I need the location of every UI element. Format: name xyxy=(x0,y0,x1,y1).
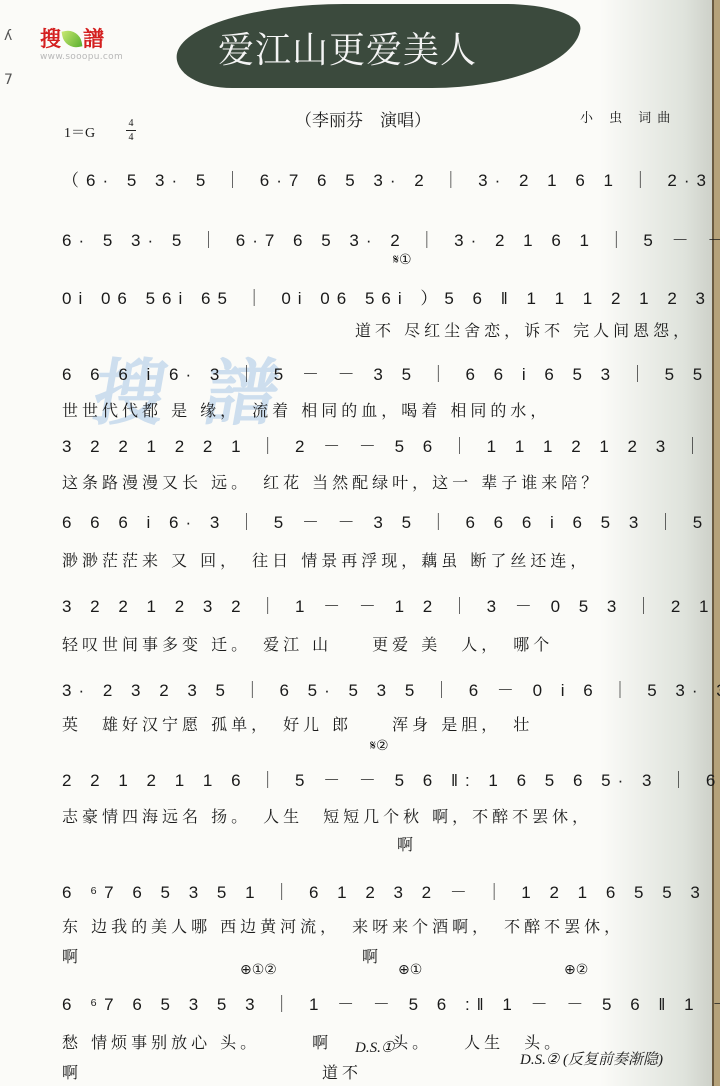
logo-char-pu: 譜 xyxy=(83,28,104,50)
lyrics-row-8: 英 雄好汉宁愿 孤单， 好儿 郎 浑身 是胆， 壮 xyxy=(62,712,533,735)
score-row-5: 3 2 2 1 2 2 1 ｜ 2 － － 5 6 ｜ 1 1 1 2 1 2 … xyxy=(62,432,690,457)
lyrics-row-9-alt: 啊 xyxy=(397,832,417,855)
site-logo[interactable]: 搜 譜 www.sooopu.com xyxy=(40,28,120,62)
lyrics-row-10: 东 边我的美人哪 西边黄河流， 来呀来个酒啊， 不醉不罢休， xyxy=(62,914,624,937)
book-binding xyxy=(714,0,720,1086)
score-row-3: 0i 06 56i 65 ｜ 0i 06 56i ）5 6 ‖ 1 1 1 2 … xyxy=(62,284,690,309)
lyrics-row-11-alt: 啊 道不 xyxy=(62,1060,362,1083)
logo-char-sou: 搜 xyxy=(40,28,61,50)
singer-credit: （李丽芬 演唱） xyxy=(295,106,431,131)
score-row-1: （6· 5 3· 5 ｜ 6·7 6 5 3· 2 ｜ 3· 2 1 6 1 ｜… xyxy=(62,166,690,191)
ds-1-instruction: D.S.① xyxy=(355,1038,394,1057)
score-row-2: 6· 5 3· 5 ｜ 6·7 6 5 3· 2 ｜ 3· 2 1 6 1 ｜ … xyxy=(62,226,690,251)
segno-1-marker: 𝄋① xyxy=(393,252,412,268)
score-row-11: 6 ⁶7 6 5 3 5 3 ｜ 1 － － 5 6 :‖ 1 － － 5 6 … xyxy=(62,990,690,1015)
lyrics-row-6: 渺渺茫茫来 又 回， 往日 情景再浮现，藕虽 断了丝还连， xyxy=(62,548,590,571)
score-row-9: 2 2 1 2 1 1 6 ｜ 5 － － 5 6 ‖: 1 6 5 6 5· … xyxy=(62,766,690,791)
ds-2-instruction: D.S.② (反复前奏渐隐) xyxy=(520,1048,663,1069)
lyrics-row-4: 世世代代都 是 缘， 流着 相同的血，喝着 相同的水， xyxy=(62,398,550,421)
margin-mark: ʎ xyxy=(4,28,12,44)
segno-2-marker: 𝄋② xyxy=(370,738,389,754)
leaf-icon xyxy=(62,29,83,50)
book-binding-line xyxy=(712,0,714,1086)
time-sig-top: 4 xyxy=(126,118,136,129)
coda-marker-1: ⊕① xyxy=(398,962,422,978)
coda-marker-2: ⊕② xyxy=(564,962,588,978)
time-signature: 4 4 xyxy=(126,118,136,143)
coda-marker-12: ⊕①② xyxy=(240,962,277,978)
lyrics-row-9: 志豪情四海远名 扬。 人生 短短几个秋 啊，不醉不罢休， xyxy=(62,804,592,827)
lyrics-row-7: 轻叹世间事多变 迁。 爱江 山 更爱 美 人， 哪个 xyxy=(62,632,553,655)
score-row-7: 3 2 2 1 2 3 2 ｜ 1 － － 1 2 ｜ 3 － 0 5 3 ｜ … xyxy=(62,592,690,617)
composer-credit: 小 虫 词曲 xyxy=(580,107,676,126)
lyrics-row-3: 道不 尽红尘舍恋，诉不 完人间恩怨， xyxy=(355,318,693,341)
key-signature: 1＝G xyxy=(64,122,95,142)
score-row-10: 6 ⁶7 6 5 3 5 1 ｜ 6 1 2 3 2 － ｜ 1 2 1 6 5… xyxy=(62,878,690,903)
logo-url: www.sooopu.com xyxy=(40,52,120,62)
lyrics-row-11: 愁 情烦事别放心 头。 啊 头。 人生 头。 xyxy=(62,1030,564,1053)
watermark: 搜譜 xyxy=(86,335,328,439)
lyrics-row-10-alt: 啊 啊 xyxy=(62,944,382,967)
score-row-6: 6 6 6 i 6· 3 ｜ 5 － － 3 5 ｜ 6 6 6 i 6 5 3… xyxy=(62,508,690,533)
score-row-4: 6 6 6 i 6· 3 ｜ 5 － － 3 5 ｜ 6 6 i 6 5 3 ｜… xyxy=(62,360,690,385)
time-sig-bottom: 4 xyxy=(126,132,136,143)
song-title: 爱江山更爱美人 xyxy=(218,22,477,73)
margin-mark: 7 xyxy=(4,72,13,88)
score-row-8: 3· 2 3 2 3 5 ｜ 6 5· 5 3 5 ｜ 6 － 0 i 6 ｜ … xyxy=(62,676,690,701)
lyrics-row-5: 这条路漫漫又长 远。 红花 当然配绿叶，这一 辈子谁来陪？ xyxy=(62,470,601,493)
